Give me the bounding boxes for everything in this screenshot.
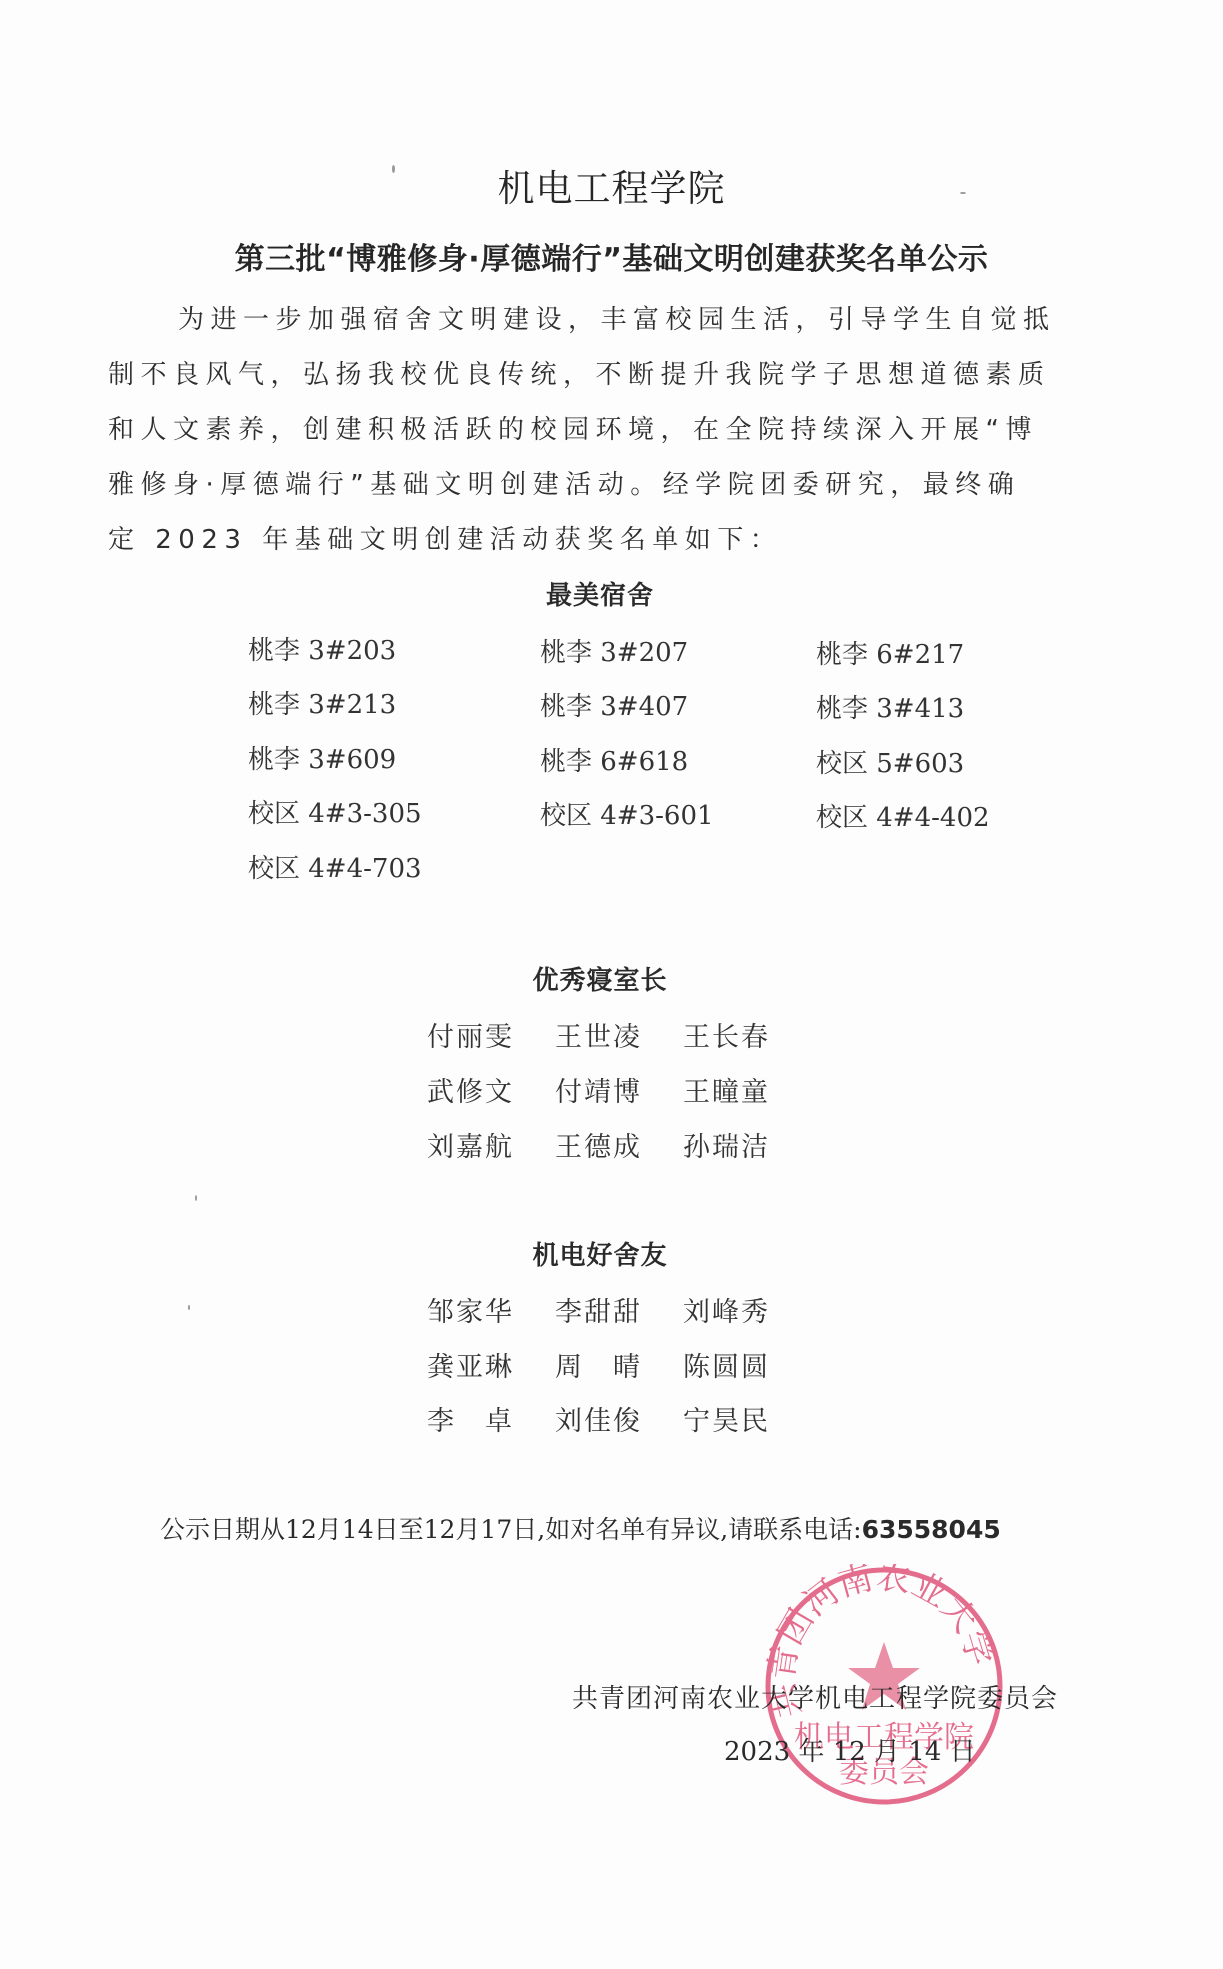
document-title: 机电工程学院	[0, 158, 1223, 212]
dorm-item: 校区 4#3-601	[540, 795, 714, 832]
dorm-item: 校区 4#4-402	[816, 797, 990, 834]
scan-speck	[188, 1305, 190, 1310]
intro-line: 为进一步加强宿舍文明建设，丰富校园生活，引导学生自觉抵	[108, 293, 1088, 348]
dorm-item: 桃李 3#609	[248, 739, 396, 776]
name-item: 宁昊民	[683, 1399, 770, 1438]
intro-paragraph: 为进一步加强宿舍文明建设，丰富校园生活，引导学生自觉抵 制不良风气，弘扬我校优良…	[108, 293, 1088, 568]
name-item: 付靖博	[555, 1070, 642, 1109]
name-item: 王长春	[683, 1015, 770, 1054]
name-item: 刘嘉航	[427, 1125, 514, 1164]
section-heading-dorms: 最美宿舍	[0, 575, 1200, 612]
name-item: 刘佳俊	[555, 1399, 642, 1438]
scan-speck	[960, 192, 966, 194]
scan-speck	[392, 165, 395, 173]
name-item: 武修文	[427, 1070, 514, 1109]
intro-line: 定 2023 年基础文明创建活动获奖名单如下：	[108, 513, 1088, 568]
document-subtitle: 第三批“博雅修身·厚德端行”基础文明创建获奖名单公示	[0, 234, 1223, 278]
dorm-item: 校区 5#603	[816, 743, 964, 780]
dorm-item: 校区 4#3-305	[248, 793, 422, 830]
signature-organization: 共青团河南农业大学机电工程学院委员会	[572, 1678, 1058, 1715]
notice-text: 公示日期从12月14日至12月17日,如对名单有异议,请联系电话:	[160, 1515, 862, 1544]
intro-line: 雅修身·厚德端行”基础文明创建活动。经学院团委研究，最终确	[108, 458, 1088, 513]
name-item: 王世凌	[555, 1015, 642, 1054]
dorm-item: 桃李 3#413	[816, 688, 964, 725]
name-item: 李 卓	[427, 1399, 514, 1438]
dorm-item: 校区 4#4-703	[248, 848, 422, 885]
dorm-item: 桃李 3#207	[540, 632, 688, 669]
dorm-item: 桃李 6#618	[540, 741, 688, 778]
name-item: 王瞳童	[683, 1070, 770, 1109]
name-item: 付丽雯	[427, 1015, 514, 1054]
name-item: 孙瑞洁	[683, 1125, 770, 1164]
name-item: 王德成	[555, 1125, 642, 1164]
scan-speck	[195, 1195, 197, 1201]
intro-line: 制不良风气，弘扬我校优良传统，不断提升我院学子思想道德素质	[108, 348, 1088, 403]
notice-line: 公示日期从12月14日至12月17日,如对名单有异议,请联系电话:6355804…	[160, 1510, 1001, 1546]
section-heading-leaders: 优秀寝室长	[0, 960, 1200, 997]
name-item: 龚亚琳	[427, 1345, 514, 1384]
name-item: 李甜甜	[555, 1290, 642, 1329]
intro-line: 和人文素养，创建积极活跃的校园环境，在全院持续深入开展“博	[108, 403, 1088, 458]
name-item: 邹家华	[427, 1290, 514, 1329]
name-item: 周 晴	[555, 1345, 642, 1384]
dorm-item: 桃李 3#213	[248, 684, 396, 721]
section-heading-roommates: 机电好舍友	[0, 1235, 1200, 1272]
name-item: 刘峰秀	[683, 1290, 770, 1329]
contact-phone: 63558045	[862, 1515, 1001, 1544]
dorm-item: 桃李 3#203	[248, 630, 396, 667]
name-item: 陈圆圆	[683, 1345, 770, 1384]
signature-date: 2023 年 12 月 14 日	[724, 1731, 976, 1768]
dorm-item: 桃李 6#217	[816, 634, 964, 671]
dorm-item: 桃李 3#407	[540, 686, 688, 723]
